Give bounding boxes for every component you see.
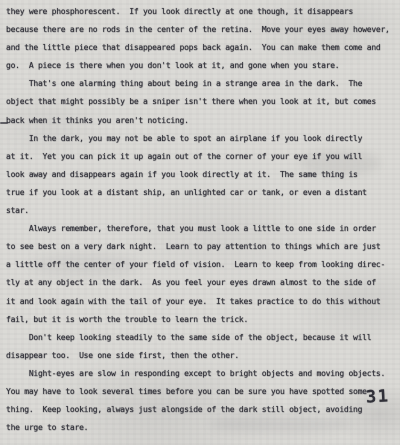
document-page: they were phosphorescent. If you look di… — [0, 0, 400, 445]
text-line: Night-eyes are slow in responding except… — [6, 365, 400, 383]
text-line: tly at any object in the dark. As you fe… — [6, 274, 400, 292]
text-line: Don't keep looking steadily to the same … — [6, 329, 400, 347]
text-line: it and look again with the tail of your … — [6, 293, 400, 311]
page-number: 31 — [365, 386, 389, 407]
text-line: at it. Yet you can pick it up again out … — [6, 148, 400, 166]
text-line: a little off the center of your field of… — [6, 256, 400, 274]
text-line: look away and disappears again if you lo… — [6, 166, 400, 184]
text-line: fail, but it is worth the trouble to lea… — [6, 311, 400, 329]
text-line: thing. Keep looking, always just alongsi… — [6, 401, 400, 419]
text-line: true if you look at a distant ship, an u… — [6, 184, 400, 202]
text-line: object that might possibly be a sniper i… — [6, 93, 400, 111]
text-line: back when it thinks you aren't noticing. — [6, 112, 400, 130]
text-line: star. — [6, 202, 400, 220]
text-line: because there are no rods in the center … — [6, 21, 400, 39]
text-line: and the little piece that disappeared po… — [6, 39, 400, 57]
text-line: the urge to stare. — [6, 419, 400, 437]
text-line: to see best on a very dark night. Learn … — [6, 238, 400, 256]
text-line: In the dark, you may not be able to spot… — [6, 130, 400, 148]
text-line: That's one alarming thing about being in… — [6, 75, 400, 93]
text-line: Always remember, therefore, that you mus… — [6, 220, 400, 238]
text-line: they were phosphorescent. If you look di… — [6, 3, 400, 21]
stray-scan-mark — [0, 122, 8, 124]
text-line: You may have to look several times befor… — [6, 383, 400, 401]
page-text: they were phosphorescent. If you look di… — [6, 3, 400, 437]
text-line: go. A piece is there when you don't look… — [6, 57, 400, 75]
text-line: disappear too. Use one side first, then … — [6, 347, 400, 365]
